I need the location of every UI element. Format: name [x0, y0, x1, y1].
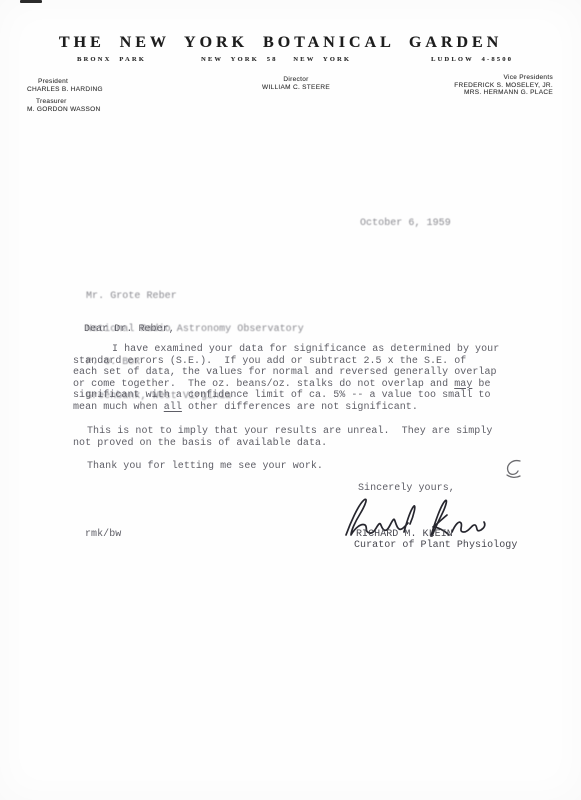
vice-presidents-label: Vice Presidents: [454, 74, 553, 82]
letterhead-address-right: LUDLOW 4-8500: [431, 56, 513, 63]
letter-page: THE NEW YORK BOTANICAL GARDEN BRONX PARK…: [0, 0, 581, 800]
body-line: significant with a confidence limit of c…: [73, 390, 499, 402]
salutation: Dear Dr. Reber,: [84, 324, 175, 336]
letterhead-title: THE NEW YORK BOTANICAL GARDEN: [0, 34, 561, 52]
body-line: mean much when all other differences are…: [73, 402, 499, 414]
body-paragraph-3: Thank you for letting me see your work.: [73, 461, 323, 473]
underlined-word-all: all: [164, 402, 182, 413]
letterhead-address-left: BRONX PARK: [77, 56, 146, 63]
officer-director: Director WILLIAM C. STEERE: [230, 76, 362, 91]
body-text: be: [472, 379, 490, 390]
vice-president-1: FREDERICK S. MOSELEY, JR.: [454, 82, 553, 90]
scan-artifact-mark: [20, 0, 42, 3]
reference-initials: rmk/bw: [85, 529, 121, 541]
body-line: not proved on the basis of available dat…: [73, 438, 492, 450]
letterhead-address-center: NEW YORK 58 NEW YORK: [201, 56, 351, 63]
recipient-name: Mr. Grote Reber: [86, 292, 304, 302]
underlined-word-may: may: [454, 379, 472, 390]
treasurer-name: M. GORDON WASSON: [27, 106, 101, 114]
treasurer-label: Treasurer: [27, 98, 101, 106]
body-text: other differences are not significant.: [182, 402, 418, 413]
body-text: or come together. The oz. beans/oz. stal…: [73, 379, 454, 390]
body-line: standard errors (S.E.). If you add or su…: [73, 356, 499, 368]
officer-treasurer: Treasurer M. GORDON WASSON: [27, 98, 101, 113]
pencil-check-mark: [501, 456, 529, 484]
letter-date: October 6, 1959: [360, 218, 451, 230]
body-paragraph-1: I have examined your data for significan…: [73, 344, 499, 413]
body-line: or come together. The oz. beans/oz. stal…: [73, 379, 499, 391]
body-paragraph-2: This is not to imply that your results a…: [73, 426, 492, 449]
president-name: CHARLES B. HARDING: [27, 86, 103, 94]
body-line: This is not to imply that your results a…: [73, 426, 492, 438]
director-label: Director: [230, 76, 362, 84]
president-label: President: [27, 78, 103, 86]
vice-president-2: MRS. HERMANN G. PLACE: [454, 89, 553, 97]
officer-president: President CHARLES B. HARDING: [27, 78, 103, 93]
signature-name: RICHARD M. KLEIN: [356, 529, 453, 541]
officer-vice-presidents: Vice Presidents FREDERICK S. MOSELEY, JR…: [454, 74, 553, 97]
body-text: mean much when: [73, 402, 164, 413]
body-line: I have examined your data for significan…: [73, 344, 499, 356]
director-name: WILLIAM C. STEERE: [230, 84, 362, 92]
signature-title: Curator of Plant Physiology: [354, 540, 517, 552]
body-line: each set of data, the values for normal …: [73, 367, 499, 379]
body-line: Thank you for letting me see your work.: [73, 461, 323, 473]
closing: Sincerely yours,: [358, 483, 455, 495]
